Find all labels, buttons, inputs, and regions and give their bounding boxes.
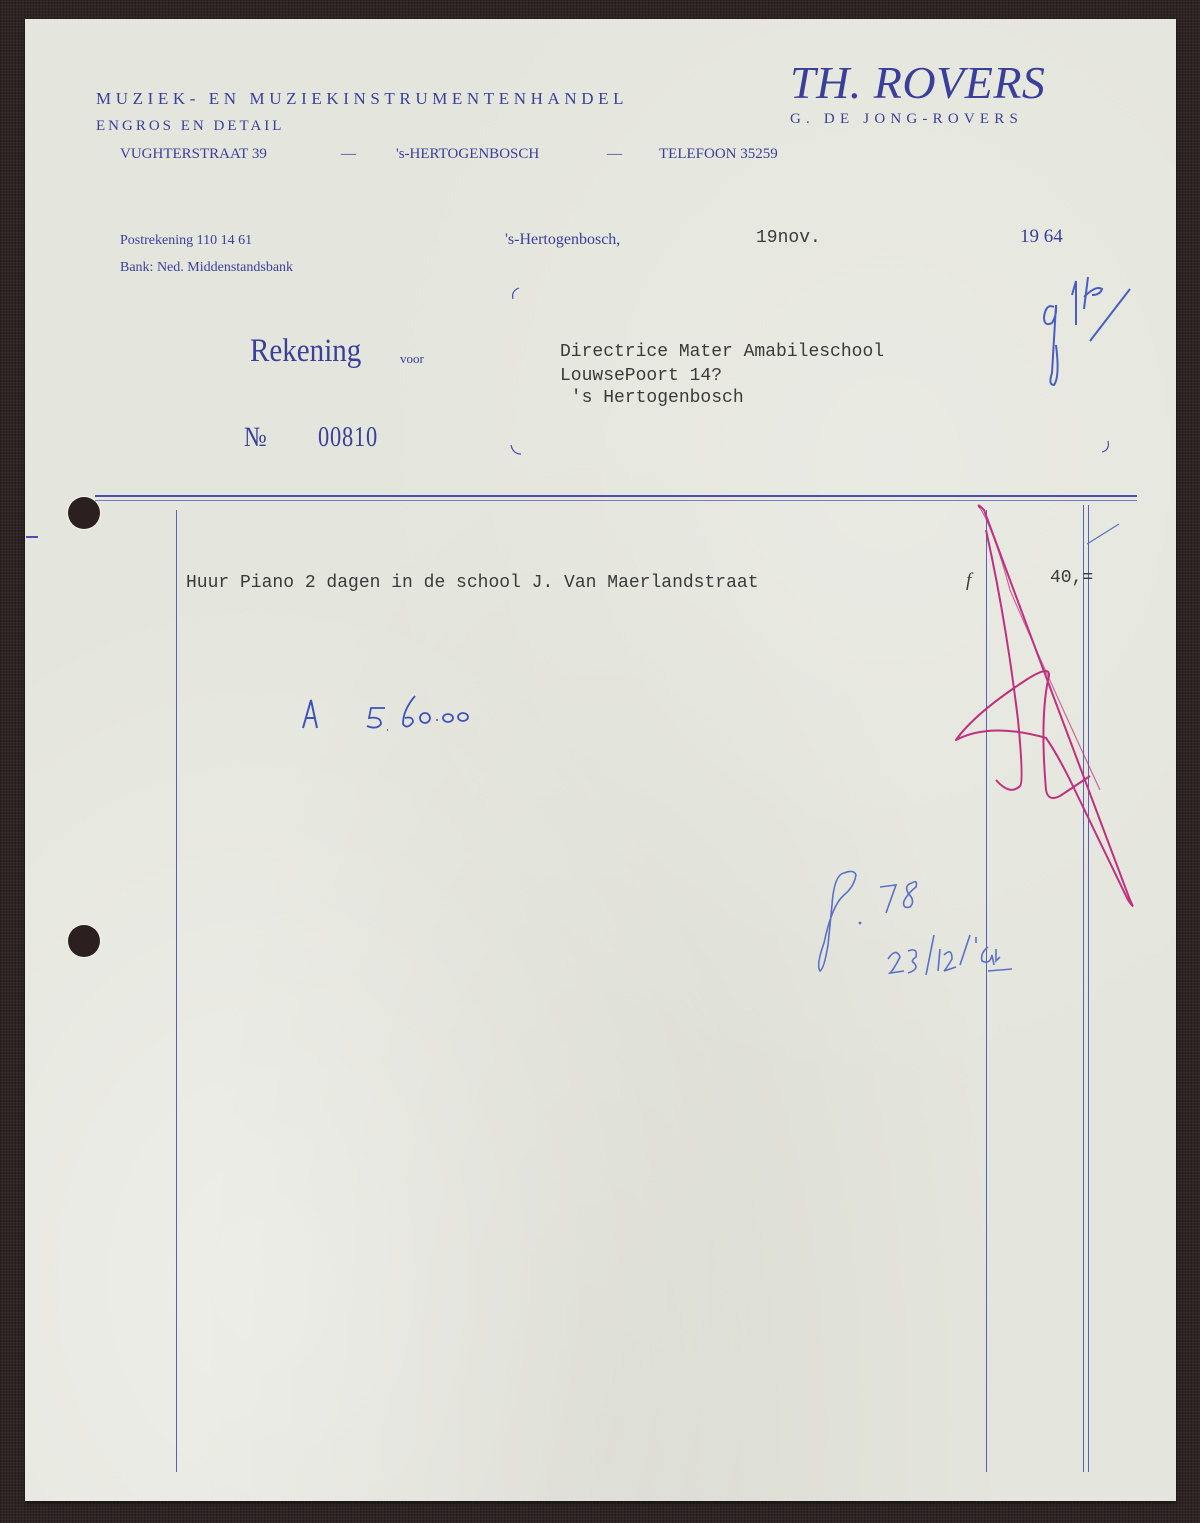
separator-dash: —	[341, 146, 356, 163]
header-rule	[95, 495, 1137, 497]
handwritten-reference-note	[1030, 245, 1140, 390]
punch-hole-top	[68, 497, 100, 529]
pen-stroke	[1085, 520, 1125, 550]
bank-name: Bank: Ned. Middenstandsbank	[120, 260, 293, 276]
line-item-description: Huur Piano 2 dagen in de school J. Van M…	[186, 573, 759, 593]
bracket-mark	[505, 285, 525, 305]
bracket-mark	[505, 442, 525, 462]
invoice-title: Rekening	[250, 333, 361, 370]
invoice-number: 00810	[318, 422, 378, 454]
bracket-mark	[1098, 438, 1118, 458]
trade-description: MUZIEK- EN MUZIEKINSTRUMENTENHANDEL	[96, 89, 628, 109]
trade-subtitle: ENGROS EN DETAIL	[96, 118, 284, 135]
margin-tick	[26, 536, 38, 538]
recipient-line-1: Directrice Mater Amabileschool	[560, 342, 884, 362]
street-address: VUGHTERSTRAAT 39	[120, 146, 267, 163]
postal-account: Postrekening 110 14 61	[120, 233, 252, 249]
company-name: TH. ROVERS	[790, 56, 1045, 109]
date-typed: 19nov.	[756, 228, 821, 248]
handwritten-account-note	[295, 690, 495, 740]
city: 's-HERTOGENBOSCH	[396, 146, 539, 163]
column-line-left	[176, 510, 177, 1472]
signature-scribble	[950, 500, 1170, 920]
place-label: 's-Hertogenbosch,	[505, 231, 620, 249]
recipient-line-3: 's Hertogenbosch	[560, 388, 744, 408]
telephone: TELEFOON 35259	[659, 146, 778, 163]
invoice-number-label: №	[244, 422, 267, 454]
company-owner: G. DE JONG-ROVERS	[790, 111, 1023, 128]
punch-hole-bottom	[68, 925, 100, 957]
separator-dash: —	[607, 146, 622, 163]
invoice-voor-label: voor	[400, 351, 424, 367]
recipient-line-2: LouwsePoort 14?	[560, 366, 722, 386]
